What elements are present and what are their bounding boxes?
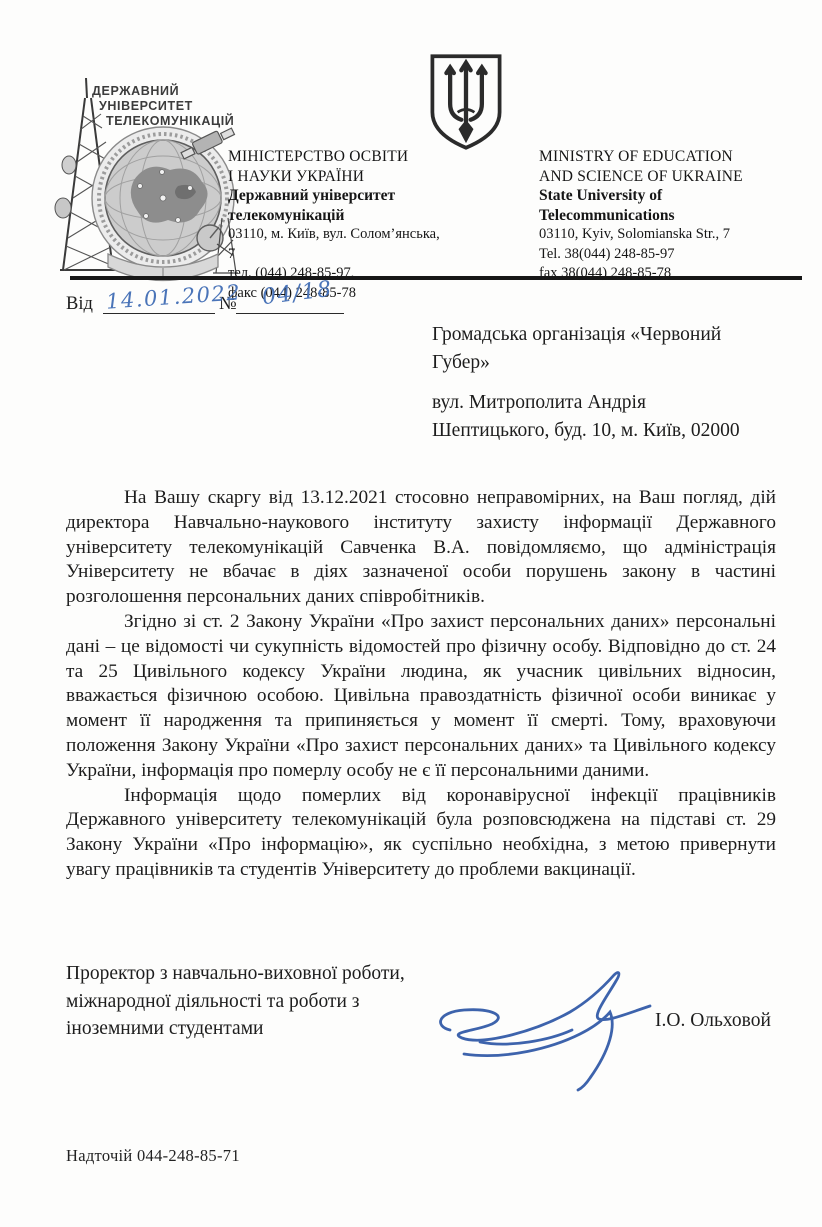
ukraine-trident-icon — [424, 50, 508, 154]
body-paragraph: На Вашу скаргу від 13.12.2021 стосовно н… — [66, 486, 776, 610]
signer-title-line: іноземними студентами — [66, 1015, 405, 1043]
signer-title-line: міжнародної діяльності та роботи з — [66, 988, 405, 1016]
logo-line: УНІВЕРСИТЕТ — [92, 99, 234, 114]
fax-line: fax 38(044) 248-85-78 — [539, 264, 774, 284]
ministry-name-line: AND SCIENCE OF UKRAINE — [539, 167, 774, 187]
ministry-name-line: І НАУКИ УКРАЇНИ — [228, 167, 446, 187]
letterhead-divider-rule — [70, 276, 802, 280]
phone-line: тел. (044) 248-85-97, — [228, 264, 446, 284]
organization-name-line: Telecommunications — [539, 206, 774, 226]
organization-name-line: Державний університет — [228, 186, 446, 206]
letter-body: На Вашу скаргу від 13.12.2021 стосовно н… — [66, 486, 776, 883]
phone-line: Tel. 38(044) 248-85-97 — [539, 245, 774, 265]
scanned-letter-page: ДЕРЖАВНИЙ УНІВЕРСИТЕТ ТЕЛЕКОМУНІКАЦІЙ МІ… — [0, 0, 822, 1227]
from-label: Від — [66, 294, 93, 315]
logo-wordmark: ДЕРЖАВНИЙ УНІВЕРСИТЕТ ТЕЛЕКОМУНІКАЦІЙ — [92, 84, 234, 129]
letterhead-english-column: MINISTRY OF EDUCATION AND SCIENCE OF UKR… — [539, 147, 774, 284]
organization-name-line: телекомунікацій — [228, 206, 446, 226]
body-paragraph: Згідно зі ст. 2 Закону України «Про захи… — [66, 610, 776, 784]
logo-line: ТЕЛЕКОМУНІКАЦІЙ — [92, 114, 234, 129]
recipient-name-line: Губер» — [432, 349, 777, 377]
signer-title-line: Проректор з навчально-виховної роботи, — [66, 960, 405, 988]
body-paragraph: Інформація щодо померлих від коронавірус… — [66, 784, 776, 883]
recipient-block: Громадська організація «Червоний Губер» … — [432, 321, 777, 444]
signer-name: І.О. Ольховой — [655, 1010, 771, 1032]
ministry-name-line: MINISTRY OF EDUCATION — [539, 147, 774, 167]
signer-title-block: Проректор з навчально-виховної роботи, м… — [66, 960, 405, 1043]
address-line: 03110, м. Київ, вул. Солом’янська, 7 — [228, 225, 446, 264]
recipient-address-line: вул. Митрополита Андрія — [432, 389, 777, 417]
organization-name-line: State University of — [539, 186, 774, 206]
logo-line: ДЕРЖАВНИЙ — [92, 84, 234, 99]
recipient-address-line: Шептицького, буд. 10, м. Київ, 02000 — [432, 417, 777, 445]
reference-line: Від 14.01.2022 № 04/18 — [66, 287, 396, 327]
executor-contact: Надточій 044-248-85-71 — [66, 1146, 240, 1166]
recipient-name-line: Громадська організація «Червоний — [432, 321, 777, 349]
address-line: 03110, Kyiv, Solomianska Str., 7 — [539, 225, 774, 245]
handwritten-signature — [420, 968, 675, 1093]
ministry-name-line: МІНІСТЕРСТВО ОСВІТИ — [228, 147, 446, 167]
